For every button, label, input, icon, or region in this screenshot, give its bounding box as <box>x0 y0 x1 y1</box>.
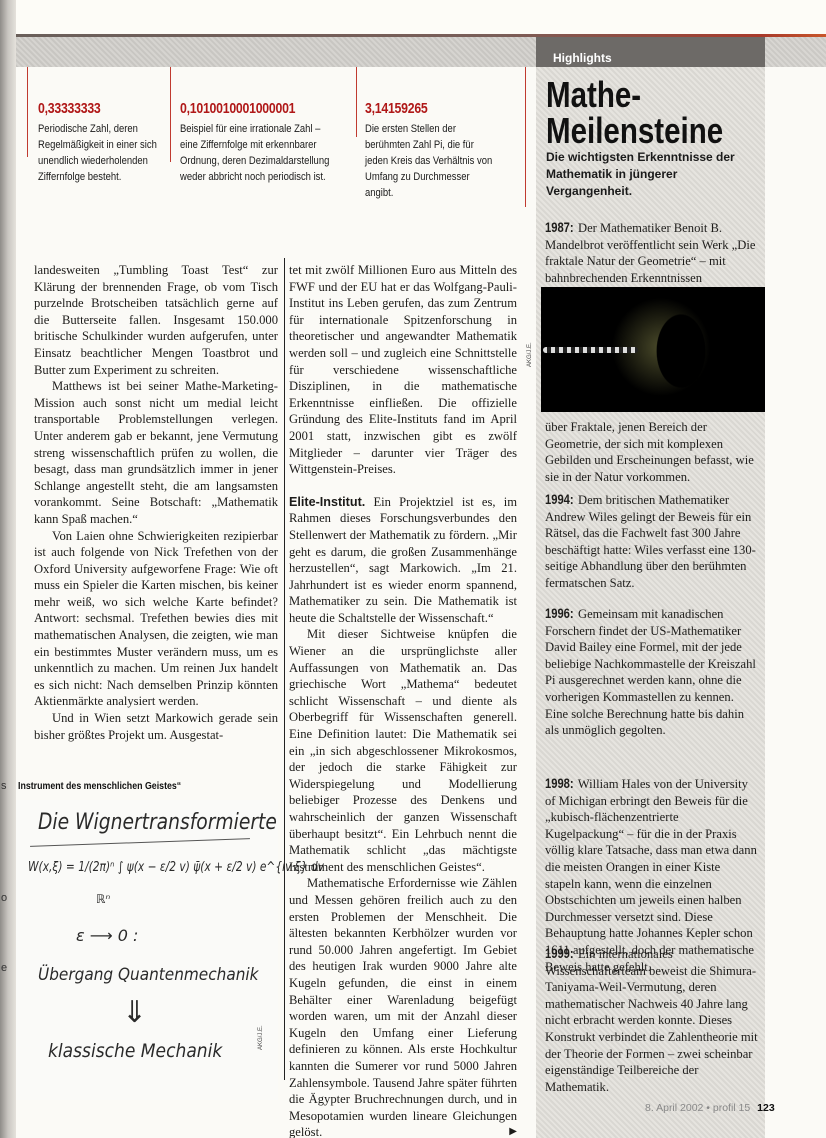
spine-letter: s <box>1 780 7 792</box>
sidebar-section-label: Highlights <box>536 37 765 67</box>
limit-expression: ε ⟶ 0 : <box>76 926 138 945</box>
paragraph: Mit dieser Sichtweise knüpfen die Wiener… <box>289 626 517 875</box>
number-box-pi: 3,14159265 Die ersten Stellen der berühm… <box>365 100 515 201</box>
milestone-text: Gemeinsam mit kanadischen Forschern find… <box>545 607 756 737</box>
number-description: Die ersten Stellen der berühmten Zahl Pi… <box>365 121 494 201</box>
integration-domain: ℝⁿ <box>96 892 110 906</box>
paragraph: Matthews ist bei seiner Mathe-Marketing-… <box>34 378 278 527</box>
milestone-1996: 1996: Gemeinsam mit kanadischen Forscher… <box>545 605 759 739</box>
milestone-year: 1987: <box>545 219 574 236</box>
down-arrow-icon: ⇓ <box>122 995 147 1030</box>
fractal-image <box>541 287 765 412</box>
number-value: 0,33333333 <box>38 100 159 117</box>
fractal-detail <box>543 347 638 353</box>
issue-info: 8. April 2002 • profil 15 <box>645 1102 750 1114</box>
note-heading: Die Wignertransformierte <box>38 810 277 835</box>
sidebar-title: Mathe- Meilensteine <box>546 77 723 149</box>
header-band <box>16 37 536 67</box>
photo-credit: AKG/J.E. <box>258 1025 264 1050</box>
sidebar-title-line: Meilensteine <box>546 113 723 149</box>
paragraph: Und in Wien setzt Markowich gerade sein … <box>34 710 278 743</box>
milestone-1987-continued: über Fraktale, jenen Bereich der Geometr… <box>545 419 759 485</box>
result-text: klassische Mechanik <box>48 1040 222 1062</box>
photo-credit: AKG/J.E. <box>527 342 533 367</box>
spine-letter: e <box>1 962 7 974</box>
milestone-year: 1998: <box>545 775 574 792</box>
transition-text: Übergang Quantenmechanik <box>38 965 259 985</box>
milestone-1999: 1999: Ein internationales Wissenschafter… <box>545 945 759 1095</box>
paragraph: landesweiten „Tumbling Toast Test“ zur K… <box>34 262 278 378</box>
milestone-text: Dem britischen Mathematiker Andrew Wiles… <box>545 493 756 590</box>
milestone-text: Ein internationales Wissenschafterteam b… <box>545 947 758 1094</box>
number-value: 3,14159265 <box>365 100 488 117</box>
paragraph: tet mit zwölf Millionen Euro aus Mitteln… <box>289 262 517 478</box>
article-column-1: landesweiten „Tumbling Toast Test“ zur K… <box>34 262 278 743</box>
subheading: Elite-Institut. <box>289 495 365 509</box>
milestone-year: 1996: <box>545 605 574 622</box>
underline <box>30 838 250 847</box>
paragraph-text: Ein Projektziel ist es, im Rahmen dieses… <box>289 495 517 625</box>
page-number: 123 <box>757 1102 775 1114</box>
number-box-periodic: 0,33333333 Periodische Zahl, deren Regel… <box>38 100 186 185</box>
milestone-1987: 1987: Der Mathematiker Benoit B. Mandelb… <box>545 219 759 286</box>
column-divider <box>284 258 285 1080</box>
milestone-text: Der Mathematiker Benoit B. Mandelbrot ve… <box>545 221 755 285</box>
sidebar-subtitle: Die wichtigsten Erkenntnisse der Mathema… <box>546 149 756 200</box>
number-value: 0,1010010001000001 <box>180 100 328 117</box>
paragraph-text: Mathematische Erfordernisse wie Zählen u… <box>289 876 517 1138</box>
paragraph-with-subhead: Elite-Institut. Ein Projektziel ist es, … <box>289 494 517 627</box>
handwritten-note-image: Die Wignertransformierte W(x,ξ) = 1/(2π)… <box>16 800 278 1100</box>
divider <box>525 67 526 207</box>
number-description: Periodische Zahl, deren Regelmäßigkeit i… <box>38 121 165 185</box>
spine-letter: o <box>1 892 7 904</box>
wigner-formula: W(x,ξ) = 1/(2π)ⁿ ∫ ψ(x − ε/2 v) ψ̄(x + ε… <box>28 860 324 875</box>
sidebar-title-line: Mathe- <box>546 77 723 113</box>
divider <box>27 67 28 157</box>
highlights-sidebar: Highlights Mathe- Meilensteine Die wicht… <box>536 37 765 1138</box>
number-description: Beispiel für eine irrationale Zahl – ein… <box>180 121 335 185</box>
paragraph: Von Laien ohne Schwierigkeiten rezipierb… <box>34 528 278 711</box>
top-margin <box>16 0 826 34</box>
image-caption: Instrument des menschlichen Geistes“ <box>18 780 181 792</box>
page-footer: 8. April 2002 • profil 15 123 <box>645 1102 775 1114</box>
milestone-1994: 1994: Dem britischen Mathematiker Andrew… <box>545 491 759 592</box>
milestone-year: 1999: <box>545 945 574 962</box>
page-spine-shadow: s o e <box>0 0 16 1138</box>
paragraph: Mathematische Erfordernisse wie Zählen u… <box>289 875 517 1138</box>
article-column-2: tet mit zwölf Millionen Euro aus Mitteln… <box>289 262 517 1138</box>
milestone-year: 1994: <box>545 491 574 508</box>
continue-arrow-icon: ▶ <box>491 1124 517 1138</box>
number-box-irrational: 0,1010010001000001 Beispiel für eine irr… <box>180 100 360 185</box>
header-band-right <box>765 37 826 67</box>
